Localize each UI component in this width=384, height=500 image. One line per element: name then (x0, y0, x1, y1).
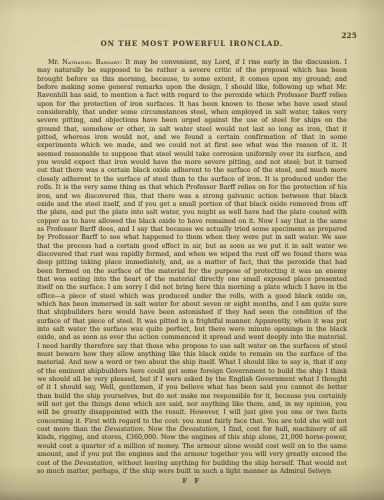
text-segment-italic: Devastation (104, 425, 142, 433)
text-segment-smallcaps: Nathaniel Barnaby (62, 58, 120, 66)
text-segment-normal: : It may be convenient, my Lord, if I ri… (37, 58, 347, 433)
text-segment-italic: Devastation (74, 459, 112, 467)
text-segment-normal: . Now the (143, 425, 180, 433)
text-segment-normal: Mr. (48, 58, 62, 66)
running-header-row: ON THE MOST POWERFUL IRONCLAD. 225 (0, 0, 384, 45)
book-page: ON THE MOST POWERFUL IRONCLAD. 225 Mr. N… (0, 0, 384, 500)
running-header-title: ON THE MOST POWERFUL IRONCLAD. (101, 39, 284, 48)
signature-mark: F F (0, 477, 384, 485)
page-number: 225 (341, 31, 357, 40)
speech-paragraph: Mr. Nathaniel Barnaby: It may be conveni… (37, 58, 347, 475)
text-segment-italic: Devastation (180, 425, 218, 433)
